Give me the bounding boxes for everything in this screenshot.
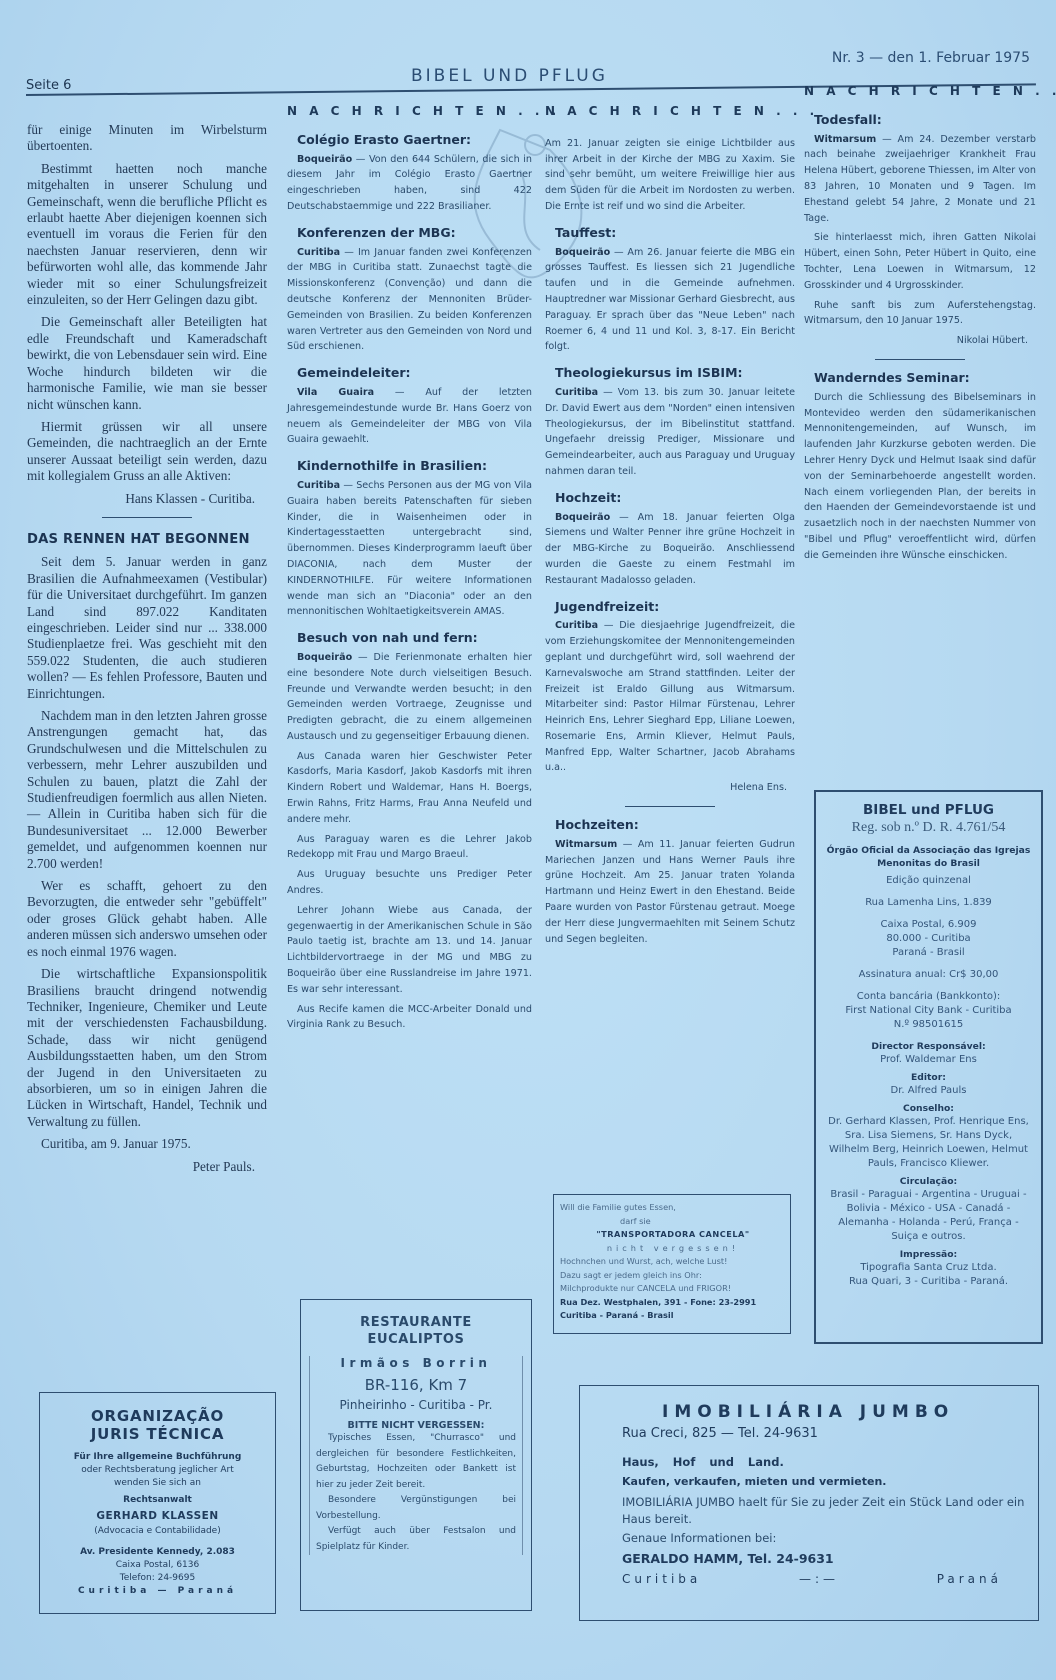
ad-place: Pinheirinho - Curitiba - Pr. xyxy=(316,1398,516,1412)
account-number: N.º 98501615 xyxy=(816,1018,1041,1032)
news-item: Hochzeiten: Witmarsum — Am 11. Januar fe… xyxy=(545,817,795,947)
news-item: Hochzeit: Boqueirão — Am 18. Januar feie… xyxy=(545,490,795,589)
page-number: Seite 6 xyxy=(26,78,71,93)
ad-line: darf sie xyxy=(560,1215,786,1229)
column-1: für einige Minuten im Wirbelsturm überto… xyxy=(27,122,267,1175)
registration: Reg. sob n.º D. R. 4.761/54 xyxy=(816,820,1041,836)
section-kicker: N A C H R I C H T E N . . . xyxy=(804,84,1036,100)
news-item: Todesfall: Witmarsum — Am 24. Dezember v… xyxy=(804,112,1036,349)
ad-line: Dazu sagt er jedem gleich ins Ohr: xyxy=(560,1269,786,1283)
ad-road: BR-116, Km 7 xyxy=(316,1376,516,1394)
news-body: Aus Uruguay besuchte uns Prediger Peter … xyxy=(287,867,532,899)
ad-role: Rechtsanwalt xyxy=(40,1494,275,1507)
newspaper-page: Seite 6 BIBEL UND PFLUG Nr. 3 — den 1. F… xyxy=(0,0,1056,1680)
column-4: N A C H R I C H T E N . . . Todesfall: W… xyxy=(804,84,1036,568)
news-heading: Todesfall: xyxy=(814,112,1036,128)
ad-line: Hochnchen und Wurst, ach, welche Lust! xyxy=(560,1255,786,1269)
news-item: Colégio Erasto Gaertner: Boqueirão — Von… xyxy=(287,132,532,215)
ad-body: Typisches Essen, "Churrasco" und derglei… xyxy=(316,1431,516,1555)
ad-address: Rua Dez. Westphalen, 391 - Fone: 23-2991 xyxy=(560,1296,786,1310)
column-2: N A C H R I C H T E N . . . Colégio Eras… xyxy=(287,104,532,1037)
news-heading: Tauffest: xyxy=(555,225,795,241)
news-location: Curitiba xyxy=(297,480,340,491)
ad-line: Milchprodukte nur CANCELA und FRIGOR! xyxy=(560,1282,786,1296)
news-item: Tauffest: Boqueirão — Am 26. Januar feie… xyxy=(545,225,795,355)
news-heading: Jugendfreizeit: xyxy=(555,599,795,615)
news-location: Vila Guaira xyxy=(297,387,374,398)
paragraph: Seit dem 5. Januar werden in ganz Brasil… xyxy=(27,554,267,702)
ad-reminder: BITTE NICHT VERGESSEN: xyxy=(316,1420,516,1431)
news-body: Die Ferienmonate erhalten hier eine beso… xyxy=(287,652,532,742)
subscription: Assinatura anual: Cr$ 30,00 xyxy=(816,968,1041,982)
ad-address: Rua Creci, 825 — Tel. 24-9631 xyxy=(622,1426,1038,1441)
news-heading: Theologiekursus im ISBIM: xyxy=(555,365,795,381)
bank-label: Conta bancária (Bankkonto): xyxy=(816,990,1041,1004)
news-body: Am 24. Dezember verstarb nach beinahe zw… xyxy=(804,134,1036,224)
article-headline: DAS RENNEN HAT BEGONNEN xyxy=(27,532,267,548)
ad-title: ORGANIZAÇÃO xyxy=(40,1407,275,1425)
paragraph: Die Gemeinschaft aller Beteiligten hat e… xyxy=(27,314,267,412)
council-label: Conselho: xyxy=(816,1102,1041,1115)
news-location: Boqueirão xyxy=(297,652,352,663)
ad-juris-tecnica: ORGANIZAÇÃO JURIS TÉCNICA Für Ihre allge… xyxy=(39,1392,276,1614)
news-heading: Besuch von nah und fern: xyxy=(297,630,532,646)
ad-phone: Telefon: 24-9695 xyxy=(40,1572,275,1585)
ad-line: IMOBILIÁRIA JUMBO haelt für Sie zu jeder… xyxy=(622,1494,1038,1528)
ad-line: Kaufen, verkaufen, mieten und vermieten. xyxy=(622,1475,1038,1488)
column-3: N A C H R I C H T E N . . . Am 21. Janua… xyxy=(545,104,795,951)
paragraph: Die wirtschaftliche Expansionspolitik Br… xyxy=(27,966,267,1130)
ad-sub: (Advocacia e Contabilidade) xyxy=(40,1525,275,1538)
divider xyxy=(875,359,965,360)
ad-title: JURIS TÉCNICA xyxy=(40,1425,275,1443)
po-box: Caixa Postal, 6.909 xyxy=(816,918,1041,932)
circulation-label: Circulação: xyxy=(816,1175,1041,1188)
director: Prof. Waldemar Ens xyxy=(816,1053,1041,1067)
ad-state: Paraná xyxy=(937,1572,1002,1586)
signature: Peter Pauls. xyxy=(27,1159,255,1175)
news-location: Curitiba xyxy=(555,387,598,398)
article-schulung: für einige Minuten im Wirbelsturm überto… xyxy=(27,122,267,507)
ad-city: Curitiba xyxy=(622,1572,701,1586)
ad-address: Av. Presidente Kennedy, 2.083 xyxy=(40,1546,275,1559)
news-body: Am 11. Januar feierten Gudrun Mariechen … xyxy=(545,839,795,945)
news-item: Konferenzen der MBG: Curitiba — Im Janua… xyxy=(287,225,532,355)
news-heading: Hochzeiten: xyxy=(555,817,795,833)
paragraph: Hiermit grüssen wir all unsere Gemeinden… xyxy=(27,419,267,485)
ad-line: Will die Familie gutes Essen, xyxy=(560,1201,786,1215)
divider xyxy=(102,517,192,518)
signature: Hans Klassen - Curitiba. xyxy=(27,491,255,507)
news-body: Durch die Schliessung des Bibelseminars … xyxy=(804,390,1036,564)
news-location: Witmarsum xyxy=(555,839,617,850)
section-kicker: N A C H R I C H T E N . . . xyxy=(545,104,795,120)
circulation: Brasil - Paraguai - Argentina - Uruguai … xyxy=(816,1188,1041,1244)
divider xyxy=(625,806,715,807)
newspaper-title: BIBEL UND PFLUG xyxy=(411,66,608,86)
paragraph: Wer es schafft, gehoert zu den Bevorzugt… xyxy=(27,878,267,960)
street-address: Rua Lamenha Lins, 1.839 xyxy=(816,896,1041,910)
news-body: Die diesjaehrige Jugendfreizeit, die vom… xyxy=(545,620,795,773)
ad-owners: Irmãos Borrin xyxy=(316,1356,516,1370)
paragraph: für einige Minuten im Wirbelsturm überto… xyxy=(27,122,267,155)
section-kicker: N A C H R I C H T E N . . . xyxy=(287,104,532,120)
article-das-rennen: DAS RENNEN HAT BEGONNEN Seit dem 5. Janu… xyxy=(27,532,267,1175)
edition: Edição quinzenal xyxy=(816,874,1041,888)
news-item: Kindernothilfe in Brasilien: Curitiba — … xyxy=(287,458,532,620)
news-heading: Kindernothilfe in Brasilien: xyxy=(297,458,532,474)
official-organ: Órgão Oficial da Associação das Igrejas … xyxy=(816,844,1041,870)
ad-transportadora-cancela: Will die Familie gutes Essen, darf sie "… xyxy=(553,1194,791,1334)
ad-line: wenden Sie sich an xyxy=(40,1477,275,1490)
news-item: Theologiekursus im ISBIM: Curitiba — Vom… xyxy=(545,365,795,480)
ad-inner: Irmãos Borrin BR-116, Km 7 Pinheirinho -… xyxy=(309,1356,523,1555)
ad-paragraph: Besondere Vergünstigungen bei Vorbestell… xyxy=(316,1493,516,1524)
editor-label: Editor: xyxy=(816,1071,1041,1084)
ad-title: EUCALIPTOS xyxy=(301,1331,531,1348)
ad-line: Genaue Informationen bei: xyxy=(622,1530,1038,1547)
ad-paragraph: Verfügt auch über Festsalon und Spielpla… xyxy=(316,1524,516,1555)
news-body: Lehrer Johann Wiebe aus Canada, der gege… xyxy=(287,903,532,998)
ad-separator: —:— xyxy=(799,1572,839,1586)
ad-city: Curitiba — Paraná xyxy=(40,1585,275,1598)
city: 80.000 - Curitiba xyxy=(816,932,1041,946)
issue-date: Nr. 3 — den 1. Februar 1975 xyxy=(832,50,1030,66)
news-body: Am 26. Januar feierte die MBG ein grosse… xyxy=(545,247,795,353)
ad-footer: Curitiba —:— Paraná xyxy=(622,1572,1038,1586)
news-heading: Wanderndes Seminar: xyxy=(814,370,1036,386)
ad-line: Für Ihre allgemeine Buchführung xyxy=(40,1451,275,1464)
news-heading: Hochzeit: xyxy=(555,490,795,506)
paragraph: Bestimmt haetten noch manche mitgehalten… xyxy=(27,161,267,309)
news-heading: Konferenzen der MBG: xyxy=(297,225,532,241)
news-body: Aus Paraguay waren es die Lehrer Jakob R… xyxy=(287,832,532,864)
news-location: Boqueirão xyxy=(297,154,352,165)
news-location: Curitiba xyxy=(297,247,340,258)
council: Dr. Gerhard Klassen, Prof. Henrique Ens,… xyxy=(816,1115,1041,1171)
news-body: Am 21. Januar zeigten sie einige Lichtbi… xyxy=(545,136,795,215)
ad-line: Haus, Hof und Land. xyxy=(622,1455,1038,1469)
director-label: Director Responsável: xyxy=(816,1040,1041,1053)
news-item: Jugendfreizeit: Curitiba — Die diesjaehr… xyxy=(545,599,795,797)
ad-name: GERHARD KLASSEN xyxy=(40,1510,275,1523)
news-location: Witmarsum xyxy=(814,134,876,145)
printer: Tipografia Santa Cruz Ltda. xyxy=(816,1261,1041,1275)
news-item: Besuch von nah und fern: Boqueirão — Die… xyxy=(287,630,532,1033)
news-body: Aus Recife kamen die MCC-Arbeiter Donald… xyxy=(287,1002,532,1034)
ad-contact: GERALDO HAMM, Tel. 24-9631 xyxy=(622,1551,1038,1566)
masthead-title: BIBEL und PFLUG xyxy=(816,802,1041,818)
ad-name: "TRANSPORTADORA CANCELA" xyxy=(560,1228,786,1242)
state: Paraná - Brasil xyxy=(816,946,1041,960)
ad-title: RESTAURANTE xyxy=(301,1314,531,1331)
news-body: Ruhe sanft bis zum Auferstehengstag. Wit… xyxy=(804,298,1036,330)
ad-title: IMOBILIÁRIA JUMBO xyxy=(662,1402,1038,1422)
printer-address: Rua Quari, 3 - Curitiba - Paraná. xyxy=(816,1275,1041,1289)
ad-line: oder Rechtsberatung jeglicher Art xyxy=(40,1464,275,1477)
signature: Nikolai Hübert. xyxy=(804,333,1028,349)
bank: First National City Bank - Curitiba xyxy=(816,1004,1041,1018)
ad-line: nicht vergessen! xyxy=(560,1242,786,1256)
ad-city: Curitiba - Paraná - Brasil xyxy=(560,1309,786,1323)
dateline: Curitiba, am 9. Januar 1975. xyxy=(27,1136,267,1152)
ad-restaurante-eucaliptos: RESTAURANTE EUCALIPTOS Irmãos Borrin BR-… xyxy=(300,1299,532,1611)
ad-po-box: Caixa Postal, 6136 xyxy=(40,1559,275,1572)
news-heading: Colégio Erasto Gaertner: xyxy=(297,132,532,148)
news-item: Gemeindeleiter: Vila Guaira — Auf der le… xyxy=(287,365,532,448)
ad-paragraph: Typisches Essen, "Churrasco" und derglei… xyxy=(316,1431,516,1493)
news-location: Boqueirão xyxy=(555,247,610,258)
news-body: Aus Canada waren hier Geschwister Peter … xyxy=(287,749,532,828)
news-body: Sechs Personen aus der MG von Vila Guair… xyxy=(287,480,532,617)
signature: Helena Ens. xyxy=(545,780,787,796)
paragraph: Nachdem man in den letzten Jahren grosse… xyxy=(27,708,267,872)
printing-label: Impressão: xyxy=(816,1248,1041,1261)
masthead-box: BIBEL und PFLUG Reg. sob n.º D. R. 4.761… xyxy=(814,790,1043,1344)
editor: Dr. Alfred Pauls xyxy=(816,1084,1041,1098)
news-body: Im Januar fanden zwei Konferenzen der MB… xyxy=(287,247,532,353)
news-location: Boqueirão xyxy=(555,512,610,523)
news-location: Curitiba xyxy=(555,620,598,631)
news-body: Sie hinterlaesst mich, ihren Gatten Niko… xyxy=(804,230,1036,293)
news-heading: Gemeindeleiter: xyxy=(297,365,532,381)
ad-imobiliaria-jumbo: IMOBILIÁRIA JUMBO Rua Creci, 825 — Tel. … xyxy=(579,1385,1039,1621)
news-item: Wanderndes Seminar: Durch die Schliessun… xyxy=(804,370,1036,564)
news-body: Vom 13. bis zum 30. Januar leitete Dr. D… xyxy=(545,387,795,477)
